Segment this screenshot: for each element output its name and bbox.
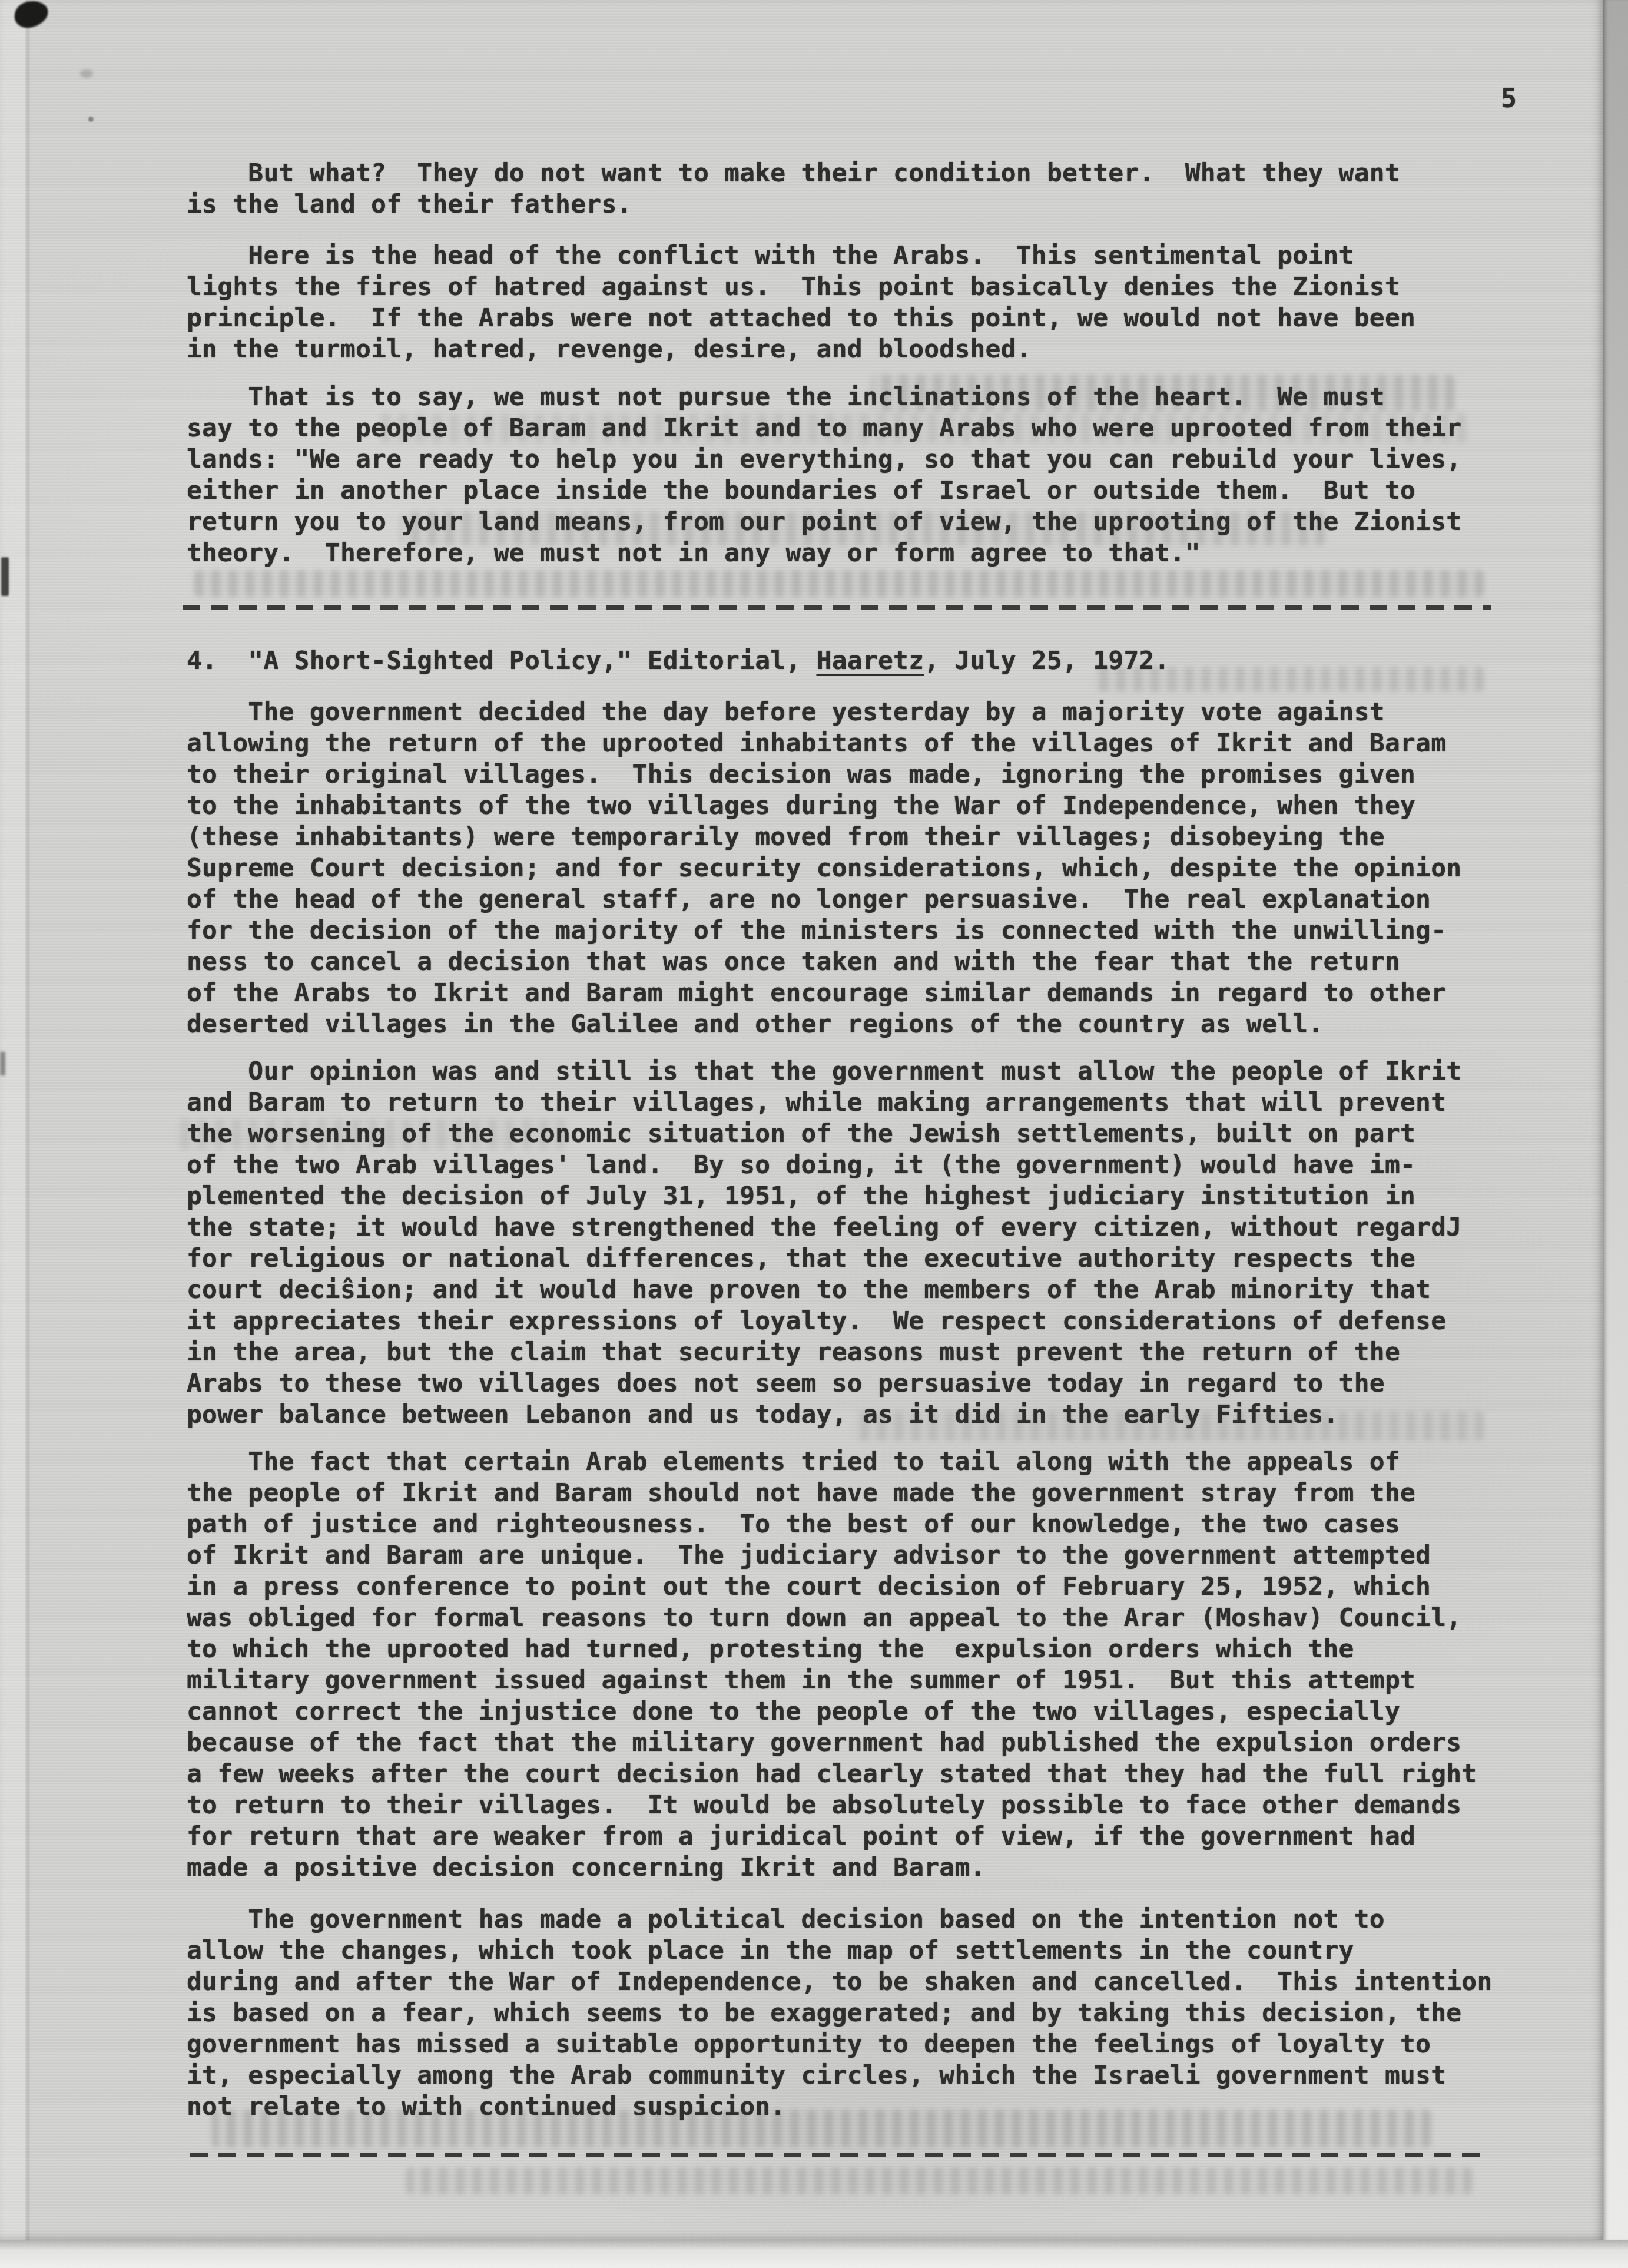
dashed-divider-bottom	[190, 2153, 1488, 2157]
section-4-paragraph-3: The fact that certain Arab elements trie…	[187, 1446, 1477, 1883]
paragraph-1: But what? They do not want to make their…	[187, 158, 1400, 220]
bleedthrough-smudge	[406, 2167, 1472, 2194]
scan-fold-line	[27, 0, 29, 2240]
dashed-divider-top	[183, 605, 1491, 610]
section-4-paragraph-2: Our opinion was and still is that the go…	[187, 1056, 1461, 1431]
bleedthrough-smudge	[194, 570, 1484, 597]
section-4-heading: 4. "A Short-Sighted Policy," Editorial, …	[187, 645, 1170, 677]
paper-speck	[88, 117, 94, 122]
margin-mark	[0, 1052, 5, 1075]
section-4-paragraph-4: The government has made a political deci…	[187, 1904, 1493, 2123]
heading-date: , July 25, 1972.	[924, 646, 1169, 676]
scanned-page: 5 But what? They do not want to make the…	[0, 0, 1603, 2240]
ink-blot	[12, 0, 51, 31]
page-number: 5	[1501, 82, 1517, 114]
scan-edge-right	[1603, 0, 1628, 2240]
paper-speck	[80, 69, 93, 78]
paragraph-2: Here is the head of the conflict with th…	[187, 240, 1415, 365]
heading-title: 4. "A Short-Sighted Policy," Editorial,	[187, 646, 817, 676]
margin-mark	[1, 557, 9, 596]
paragraph-3: That is to say, we must not pursue the i…	[187, 382, 1461, 569]
scan-edge-bottom	[0, 2240, 1628, 2268]
heading-source-title: Haaretz	[817, 646, 924, 676]
section-4-paragraph-1: The government decided the day before ye…	[187, 697, 1461, 1040]
